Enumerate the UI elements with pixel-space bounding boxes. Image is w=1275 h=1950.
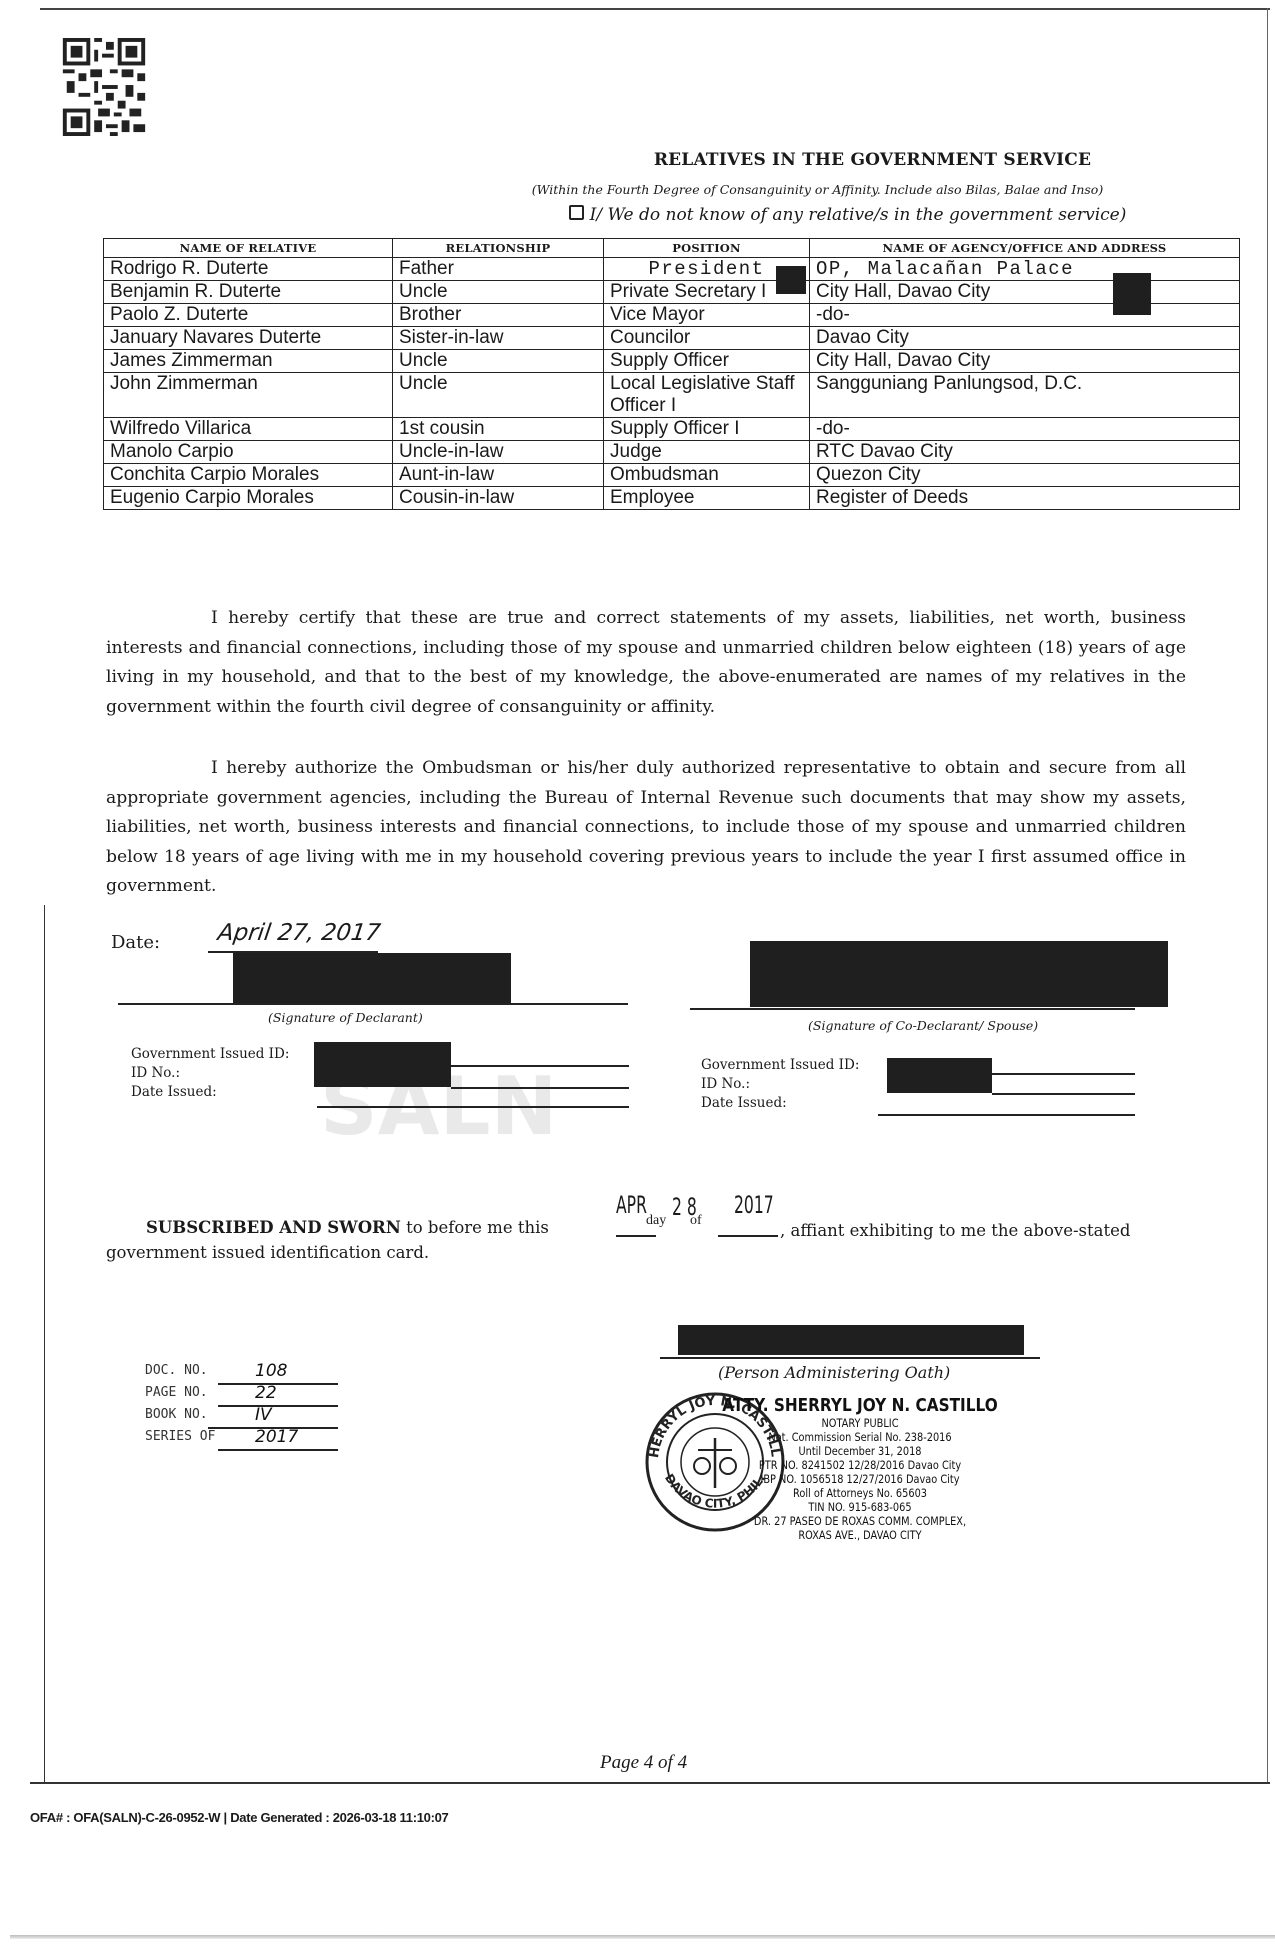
id-redaction <box>314 1042 451 1087</box>
cell-name: Manolo Carpio <box>104 441 393 464</box>
gov-id-label: Government Issued ID: <box>131 1045 289 1064</box>
table-row: Wilfredo Villarica1st cousinSupply Offic… <box>104 418 1240 441</box>
page-border-left <box>44 905 45 1783</box>
section-subtitle: (Within the Fourth Degree of Consanguini… <box>0 182 1275 197</box>
cell-agency: Quezon City <box>810 464 1240 487</box>
cell-name: Benjamin R. Duterte <box>104 281 393 304</box>
signature-redaction <box>233 953 511 1005</box>
id-no-label: ID No.: <box>701 1075 859 1094</box>
col-header-position: POSITION <box>604 239 810 258</box>
qr-code-icon <box>62 38 146 136</box>
page-border-right <box>1267 8 1268 1783</box>
cell-agency: RTC Davao City <box>810 441 1240 464</box>
series-line <box>218 1449 338 1451</box>
notary-signature-redaction <box>678 1325 1024 1355</box>
notarial-register: DOC. NO.108 PAGE NO.22 BOOK NO.IV SERIES… <box>145 1360 215 1448</box>
date-label: Date: <box>111 932 160 953</box>
cell-relationship: Uncle <box>393 281 604 304</box>
cell-position: Councilor <box>604 327 810 350</box>
administering-caption: (Person Administering Oath) <box>718 1363 950 1382</box>
of-label: of <box>690 1213 702 1229</box>
id-no-line <box>451 1087 629 1089</box>
cell-agency: City Hall, Davao City <box>810 350 1240 373</box>
cell-position: Employee <box>604 487 810 510</box>
id-no-label: ID No.: <box>131 1064 289 1083</box>
doc-no-line <box>218 1383 338 1385</box>
table-row: Paolo Z. DuterteBrotherVice Mayor-do- <box>104 304 1240 327</box>
col-header-name: NAME OF RELATIVE <box>104 239 393 258</box>
scan-edge-shadow <box>10 1935 1275 1939</box>
section-title: RELATIVES IN THE GOVERNMENT SERVICE <box>0 150 1275 170</box>
date-value: April 27, 2017 <box>216 920 382 946</box>
cell-position: Judge <box>604 441 810 464</box>
cell-name: Paolo Z. Duterte <box>104 304 393 327</box>
page-border-top <box>40 8 1270 10</box>
cell-name: John Zimmerman <box>104 373 393 418</box>
page-border-bottom <box>30 1782 1270 1784</box>
doc-no-value: 108 <box>255 1360 287 1382</box>
stamp-year: 2017 <box>734 1191 774 1219</box>
table-row: Benjamin R. DuterteUnclePrivate Secretar… <box>104 281 1240 304</box>
redaction-block <box>1113 273 1151 315</box>
certification-paragraph: I hereby certify that these are true and… <box>106 604 1186 722</box>
day-label: day <box>646 1213 666 1229</box>
gov-id-line <box>451 1065 629 1067</box>
oath-lead: SUBSCRIBED AND SWORN <box>146 1218 401 1237</box>
cell-name: Wilfredo Villarica <box>104 418 393 441</box>
co-id-redaction <box>887 1058 992 1093</box>
cell-agency: -do- <box>810 304 1240 327</box>
cell-agency: City Hall, Davao City <box>810 281 1240 304</box>
page-number: Page 4 of 4 <box>600 1752 687 1774</box>
oath-statement-line2: government issued identification card. <box>106 1243 429 1262</box>
series-value: 2017 <box>255 1426 298 1448</box>
date-issued-line <box>317 1106 629 1108</box>
co-id-no-line <box>992 1093 1135 1095</box>
cell-relationship: Brother <box>393 304 604 327</box>
cell-name: Rodrigo R. Duterte <box>104 258 393 281</box>
oath-statement-end: , affiant exhibiting to me the above-sta… <box>780 1221 1130 1240</box>
no-relatives-checkbox[interactable] <box>569 205 584 220</box>
authorization-paragraph: I hereby authorize the Ombudsman or his/… <box>106 754 1186 902</box>
notary-signature-line <box>660 1357 1040 1359</box>
no-relatives-label: I/ We do not know of any relative/s in t… <box>590 205 1127 225</box>
cell-relationship: Father <box>393 258 604 281</box>
co-signature-redaction <box>750 941 1168 1007</box>
cell-relationship: Uncle <box>393 373 604 418</box>
cell-agency: Register of Deeds <box>810 487 1240 510</box>
declarant-signature-line <box>118 1003 628 1005</box>
stamp-month: APR <box>616 1191 647 1219</box>
cell-relationship: Uncle-in-law <box>393 441 604 464</box>
relatives-table: NAME OF RELATIVE RELATIONSHIP POSITION N… <box>103 238 1240 510</box>
cell-position: Local Legislative Staff Officer I <box>604 373 810 418</box>
table-header-row: NAME OF RELATIVE RELATIONSHIP POSITION N… <box>104 239 1240 258</box>
table-row: James ZimmermanUncleSupply OfficerCity H… <box>104 350 1240 373</box>
notary-details: ATTY. SHERRYL JOY N. CASTILLO NOTARY PUB… <box>640 1395 1080 1542</box>
gov-id-label: Government Issued ID: <box>701 1056 859 1075</box>
cell-agency: Sangguniang Panlungsod, D.C. <box>810 373 1240 418</box>
co-date-issued-line <box>878 1114 1135 1116</box>
book-no-value: IV <box>255 1404 272 1426</box>
day-underline <box>616 1235 656 1237</box>
redaction-block <box>776 266 806 294</box>
co-gov-id-line <box>992 1073 1135 1075</box>
oath-statement: SUBSCRIBED AND SWORN to before me this <box>146 1218 549 1237</box>
date-stamp: APR day 2 8 of 2017 <box>616 1191 781 1231</box>
page-no-value: 22 <box>255 1382 277 1404</box>
co-declarant-signature-caption: (Signature of Co-Declarant/ Spouse) <box>808 1018 1038 1033</box>
table-row: January Navares DuterteSister-in-lawCoun… <box>104 327 1240 350</box>
cell-agency: Davao City <box>810 327 1240 350</box>
cell-name: January Navares Duterte <box>104 327 393 350</box>
cell-agency: -do- <box>810 418 1240 441</box>
notary-name: ATTY. SHERRYL JOY N. CASTILLO <box>673 1395 1047 1416</box>
table-row: Conchita Carpio MoralesAunt-in-lawOmbuds… <box>104 464 1240 487</box>
declarant-signature-caption: (Signature of Declarant) <box>268 1010 423 1025</box>
cell-name: Eugenio Carpio Morales <box>104 487 393 510</box>
cell-relationship: Uncle <box>393 350 604 373</box>
co-declarant-signature-line <box>690 1008 1135 1010</box>
col-header-agency: NAME OF AGENCY/OFFICE AND ADDRESS <box>810 239 1240 258</box>
date-issued-label: Date Issued: <box>131 1083 289 1102</box>
page-no-line <box>218 1405 338 1407</box>
cell-position: Vice Mayor <box>604 304 810 327</box>
table-row: John ZimmermanUncleLocal Legislative Sta… <box>104 373 1240 418</box>
no-relatives-option: I/ We do not know of any relative/s in t… <box>0 205 1275 225</box>
year-underline <box>718 1235 778 1237</box>
co-declarant-id-labels: Government Issued ID: ID No.: Date Issue… <box>701 1056 859 1113</box>
declarant-id-labels: Government Issued ID: ID No.: Date Issue… <box>131 1045 289 1102</box>
cell-relationship: 1st cousin <box>393 418 604 441</box>
cell-name: Conchita Carpio Morales <box>104 464 393 487</box>
cell-position: Supply Officer I <box>604 418 810 441</box>
cell-position: Ombudsman <box>604 464 810 487</box>
table-row: Eugenio Carpio MoralesCousin-in-lawEmplo… <box>104 487 1240 510</box>
table-row: Manolo CarpioUncle-in-lawJudgeRTC Davao … <box>104 441 1240 464</box>
col-header-relationship: RELATIONSHIP <box>393 239 604 258</box>
date-issued-label: Date Issued: <box>701 1094 859 1113</box>
cell-relationship: Sister-in-law <box>393 327 604 350</box>
cell-relationship: Aunt-in-law <box>393 464 604 487</box>
cell-name: James Zimmerman <box>104 350 393 373</box>
book-no-line <box>208 1427 338 1429</box>
cell-position: Supply Officer <box>604 350 810 373</box>
cell-agency: OP, Malacañan Palace <box>810 258 1240 281</box>
cell-relationship: Cousin-in-law <box>393 487 604 510</box>
table-row: Rodrigo R. DuterteFatherPresidentOP, Mal… <box>104 258 1240 281</box>
footer-reference: OFA# : OFA(SALN)-C-26-0952-W | Date Gene… <box>30 1810 448 1825</box>
